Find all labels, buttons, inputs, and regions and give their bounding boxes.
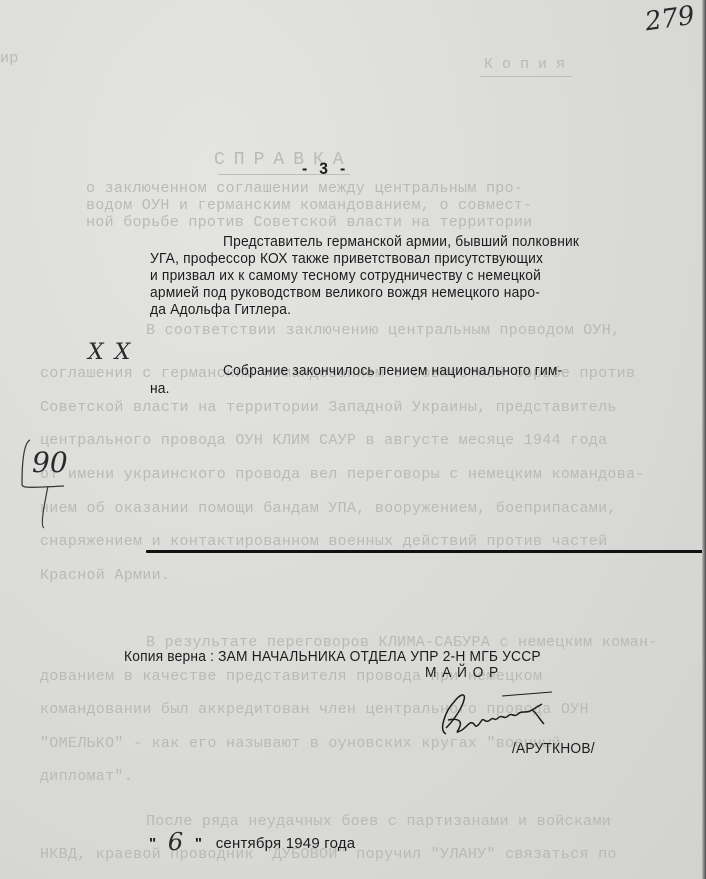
folio-number: 279 [643,1,696,38]
scanned-document-page: ир Копия СПРАВКА о заключенном соглашени… [0,0,706,879]
bleed-copy-label: Копия [484,56,574,73]
horizontal-rule [146,550,704,553]
paragraph-1-line: Представитель германской армии, бывший п… [223,233,579,250]
bleed-line: Советской власти на территории Западной … [40,399,617,416]
signature-icon [432,690,612,742]
bleed-line: о заключенном соглашении между центральн… [86,180,523,197]
paragraph-2-line: на. [150,380,170,397]
certification-label: Копия верна : ЗАМ НАЧАЛЬНИКА ОТДЕЛА УПР … [124,648,541,665]
bleed-line: ной борьбе против Советской власти на те… [86,214,532,231]
paragraph-1-line: да Адольфа Гитлера. [150,301,291,318]
paragraph-2-line: Собрание закончилось пением национальног… [223,362,562,379]
date-rest: сентября 1949 года [216,835,356,852]
paragraph-1-line: и призвал их к самому тесному сотрудниче… [150,267,541,284]
bleed-line: нием об оказании помощи бандам УПА, воор… [40,500,617,517]
page-number: - 3 - [302,159,345,179]
bleed-copy-underline [480,76,572,77]
date-day-handwritten: 6 [168,828,183,856]
date-open-quote: " [149,835,156,852]
document-date: " 6 " сентября 1949 года [149,826,355,854]
date-close-quote: " [195,835,202,852]
certification-rank: М А Й О Р [425,664,499,681]
paragraph-1-line: УГА, профессор КОХ также приветствовал п… [150,250,543,267]
margin-annotation: 90 [32,446,68,479]
bleed-left-fragment: ир [0,50,19,67]
bleed-line: водом ОУН и германским командованием, о … [86,197,532,214]
scan-edge [702,0,706,879]
bleed-line: от имени украинского провода вел перегов… [40,466,645,483]
bleed-line: снаряжением и контактированном военных д… [40,533,607,550]
bleed-line: Красной Армии. [40,567,170,584]
margin-x-marks: X X [88,340,132,365]
signatory-name: /АРУТКНОВ/ [512,740,595,757]
bleed-line: дипломат". [40,768,133,785]
bleed-line: В соответствии заключению центральным пр… [146,322,620,339]
paragraph-1-line: армией под руководством великого вождя н… [150,284,540,301]
bleed-line: центрального провода ОУН КЛИМ САУР в авг… [40,432,607,449]
